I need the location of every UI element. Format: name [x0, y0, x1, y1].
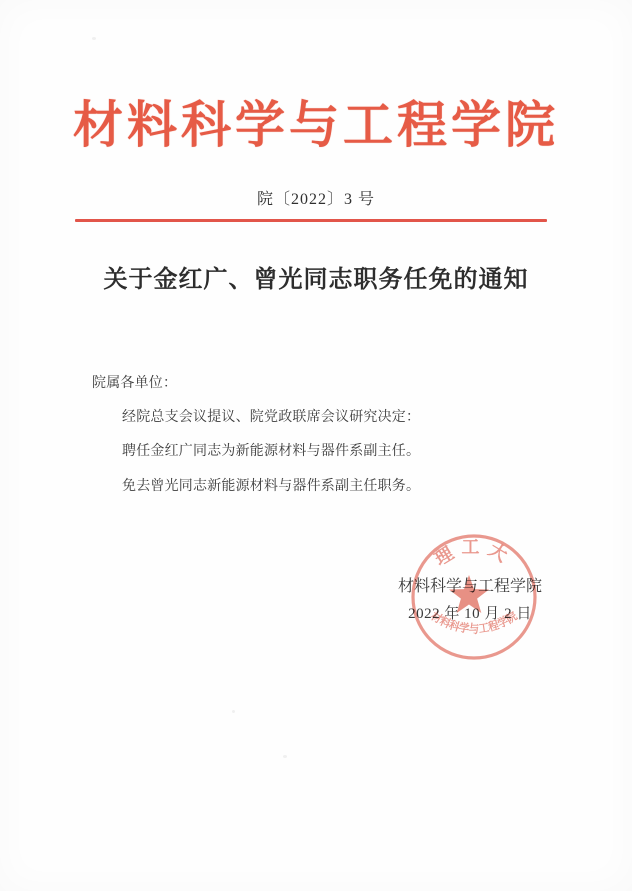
notice-title: 关于金红广、曾光同志职务任免的通知 — [0, 264, 632, 296]
body-paragraph: 免去曾光同志新能源材料与器件系副主任职务。 — [122, 477, 420, 497]
body-paragraph: 经院总支会议提议、院党政联席会议研究决定： — [122, 408, 420, 428]
red-header-title: 材料科学与工程学院 — [0, 94, 632, 156]
salutation-line: 院属各单位： — [92, 374, 177, 394]
body-paragraph: 聘任金红广同志为新能源材料与器件系副主任。 — [122, 442, 420, 462]
scan-speck — [232, 710, 235, 713]
red-divider-rule — [75, 219, 547, 222]
seal-top-arc-text: 理工大 — [431, 537, 517, 570]
signature-org-name: 材料科学与工程学院 — [392, 577, 548, 597]
document-number: 院〔2022〕3 号 — [0, 188, 632, 212]
scan-speck — [283, 755, 287, 758]
official-red-seal: 理工大 材料科学与工程学院 — [397, 520, 553, 676]
signature-date: 2022 年 10 月 2 日 — [392, 604, 548, 624]
seal-ring — [413, 536, 535, 658]
scanned-document-page: 材料科学与工程学院 院〔2022〕3 号 关于金红广、曾光同志职务任免的通知 院… — [0, 0, 632, 891]
scan-speck — [92, 37, 96, 40]
